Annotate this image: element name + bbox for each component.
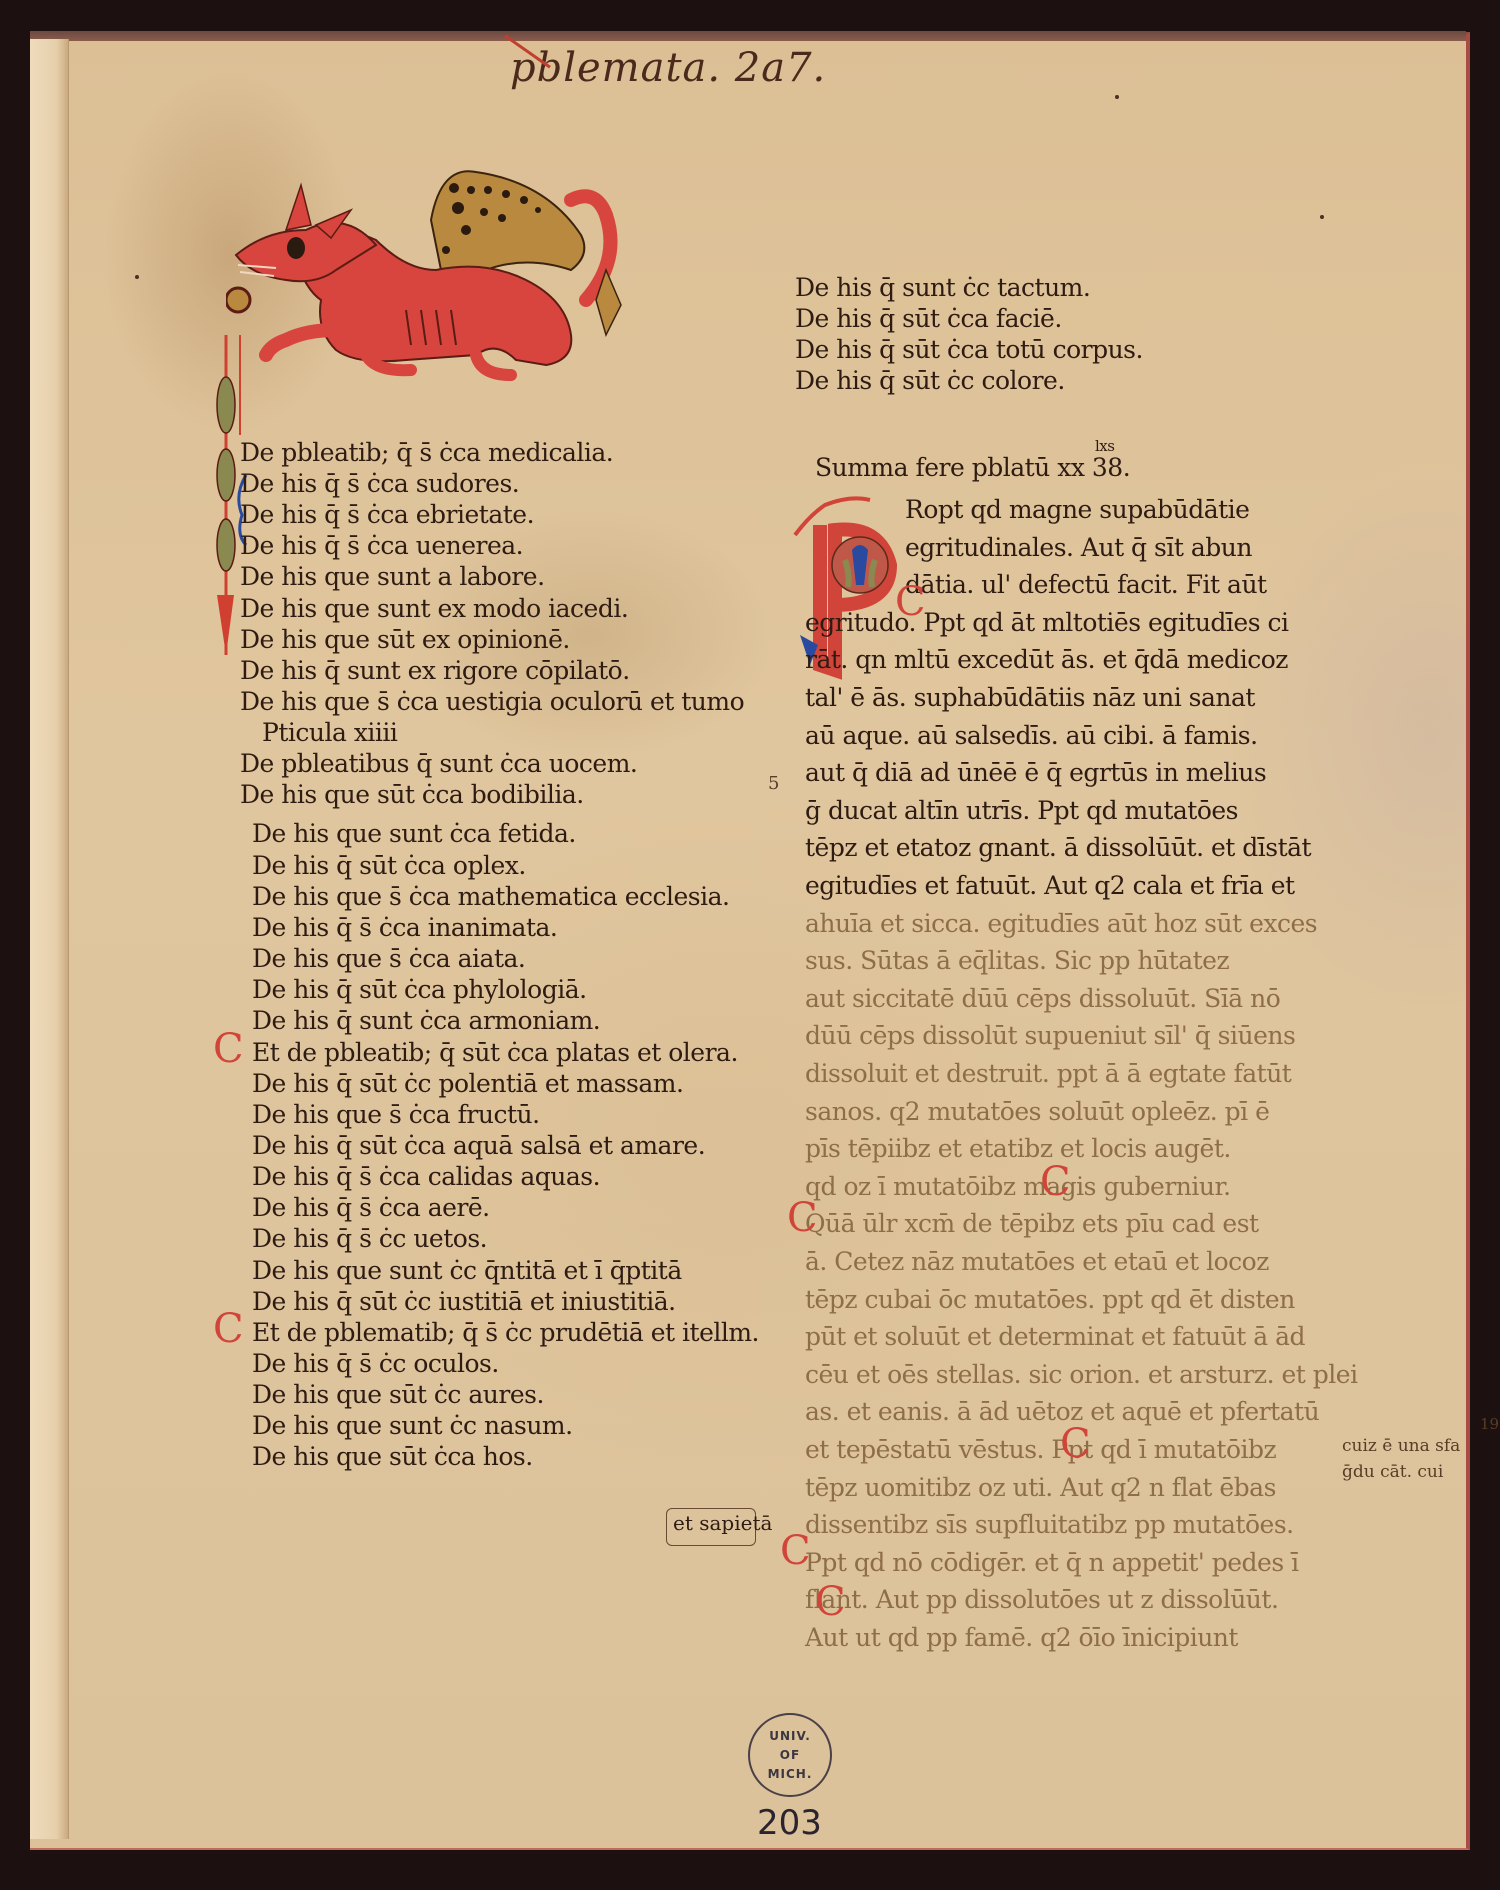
body-text-line: dūū cēps dissolūt supueniut sīl' q̄ siūe… <box>805 1021 1295 1051</box>
chapter-list-item: De his q̄ s̄ ċca ebrietate. <box>240 500 534 530</box>
body-text-line: et tepēstatū vēstus. Ppt qd ī mutatōibz <box>805 1435 1276 1465</box>
body-text-line: sanos. q2 mutatōes soluūt opleēz. pī ē <box>805 1097 1269 1127</box>
chapter-list-item: De pbleatibus q̄ sunt ċca uocem. <box>240 749 637 779</box>
running-head: pblemata. 2a7. <box>510 45 826 91</box>
body-text-line: ḡ ducat altīn utrīs. Ppt qd mutatōes <box>805 796 1238 826</box>
body-text-line: flant. Aut pp dissolutōes ut z dissolūūt… <box>805 1585 1278 1615</box>
chapter-list-item: De his q̄ sūt ċca phylologiā. <box>252 975 587 1005</box>
chapter-list-item: De his que sunt ex modo iacedi. <box>240 594 628 624</box>
body-text-line: dissentibz sīs supfluitatibz pp mutatōes… <box>805 1510 1294 1540</box>
chapter-list-item: De his q̄ sunt ċca armoniam. <box>252 1006 600 1036</box>
body-text-line: egritudinales. Aut q̄ sīt abun <box>905 533 1252 563</box>
chapter-list-item: De his q̄ s̄ ċc oculos. <box>252 1349 499 1379</box>
chapter-list-item: De his q̄ sūt ċca oplex. <box>252 851 526 881</box>
chapter-list-item: De his q̄ s̄ ċca aerē. <box>252 1193 490 1223</box>
body-text-line: Ppt qd nō cōdigēr. et q̄ n appetit' pede… <box>805 1548 1299 1578</box>
rubric-paragraph-mark: C <box>213 1314 244 1344</box>
chapter-list-item: De his que s̄ ċca uestigia oculorū et tu… <box>240 687 744 717</box>
chapter-list-item: Et de pbleatib; q̄ sūt ċca platas et ole… <box>252 1038 738 1068</box>
body-text-line: ahuīa et sicca. egitudīes aūt hoz sūt ex… <box>805 909 1317 939</box>
body-text-line: Qūā ūlr xcm̄ de tēpibz ets pīu cad est <box>805 1209 1259 1239</box>
chapter-list-item: De his que sunt a labore. <box>240 562 545 592</box>
body-text-line: rāt. qn mltū excedūt ās. et q̄dā medicoz <box>805 645 1288 675</box>
chapter-list-item: Et de pblematib; q̄ s̄ ċc prudētiā et it… <box>252 1318 759 1348</box>
body-text-line: aut q̄ diā ad ūnēē ē q̄ egrtūs in melius <box>805 758 1266 788</box>
body-text-line: tal' ē ās. suphabūdātiis nāz uni sanat <box>805 683 1255 713</box>
chapter-list-item: De his que s̄ ċca aiata. <box>252 944 525 974</box>
page-top-edge <box>30 31 1466 41</box>
rubric-paragraph-mark: C <box>787 1203 818 1233</box>
chapter-list-item: De his que sunt ċc nasum. <box>252 1411 573 1441</box>
chapter-list-item: De his que s̄ ċca mathematica ecclesia. <box>252 882 729 912</box>
body-text-line: cēu et oēs stellas. sic orion. et arstur… <box>805 1360 1358 1390</box>
chapter-list-item: De his q̄ sūt ċc iustitiā et iniustitiā. <box>252 1287 676 1317</box>
chapter-list-item: De his q̄ sūt ċc colore. <box>795 366 1065 396</box>
rubric-paragraph-mark: C <box>895 587 926 617</box>
chapter-list-item: De pbleatib; q̄ s̄ ċca medicalia. <box>240 438 613 468</box>
chapter-list-item: De his q̄ s̄ ċca inanimata. <box>252 913 557 943</box>
university-stamp: UNIV. OF MICH. <box>748 1713 832 1797</box>
rubric-superscript: lxs <box>1095 431 1114 461</box>
rubric-paragraph-mark: C <box>213 1034 244 1064</box>
manuscript-page: pblemata. 2a7. <box>30 32 1470 1850</box>
body-text-line: pīs tēpiibz et etatibz et locis augēt. <box>805 1134 1231 1164</box>
chapter-list-item: De his q̄ sūt ċc polentiā et massam. <box>252 1069 683 1099</box>
chapter-list-item: De his que sunt ċc q̄ntitā et ī q̄ptitā <box>252 1256 682 1286</box>
body-text-line: tēpz cubai ōc mutatōes. ppt qd ēt disten <box>805 1285 1295 1315</box>
chapter-list-item: De his q̄ sunt ċc tactum. <box>795 273 1090 303</box>
chapter-list-item: De his que sūt ċc aures. <box>252 1380 544 1410</box>
chapter-list-item: De his que s̄ ċca fructū. <box>252 1100 540 1130</box>
body-text-line: tēpz et etatoz gnant. ā dissolūūt. et dī… <box>805 833 1311 863</box>
chapter-list-item: De his que sūt ex opinionē. <box>240 625 570 655</box>
chapter-list-item: De his que sunt ċca fetida. <box>252 819 576 849</box>
binding-gutter <box>30 39 69 1839</box>
body-text-line: egitudīes et fatuūt. Aut q2 cala et frīa… <box>805 871 1295 901</box>
chapter-list-item: De his que sūt ċca bodibilia. <box>240 780 584 810</box>
chapter-list-item: De his q̄ sūt ċca faciē. <box>795 304 1062 334</box>
body-text-line: Ropt qd magne supabūdātie <box>905 495 1249 525</box>
rubric-paragraph-mark: C <box>815 1587 846 1617</box>
dragon-miniature-icon <box>226 160 646 390</box>
chapter-list-item: De his q̄ sunt ex rigore cōpilatō. <box>240 656 630 686</box>
body-text-line: aū aque. aū salsedīs. aū cibi. ā famis. <box>805 721 1258 751</box>
body-text-line: qd oz ī mutatōibz magis guberniur. <box>805 1172 1231 1202</box>
chapter-list-item: De his q̄ sūt ċca totū corpus. <box>795 335 1143 365</box>
chapter-list-item: De his q̄ s̄ ċca calidas aquas. <box>252 1162 600 1192</box>
chapter-list-item: De his que sūt ċca hos. <box>252 1442 533 1472</box>
marginal-correction-box: et sapietā <box>666 1508 756 1546</box>
body-text-line: dātia. ul' defectū facit. Fit aūt <box>905 570 1267 600</box>
body-text-line: aut siccitatē dūū cēps dissoluūt. Sīā nō <box>805 984 1280 1014</box>
body-text-line: Aut ut qd pp famē. q2 ōīo īnicipiunt <box>805 1623 1238 1653</box>
rubric-paragraph-mark: C <box>780 1536 811 1566</box>
chapter-list-item: De his q̄ sūt ċca aquā salsā et amare. <box>252 1131 705 1161</box>
body-text-line: sus. Sūtas ā eq̄litas. Sic pp hūtatez <box>805 946 1229 976</box>
folio-number: 203 <box>757 1803 822 1843</box>
chapter-list-item: De his q̄ s̄ ċca sudores. <box>240 469 519 499</box>
body-text-line: dissoluit et destruit. ppt ā ā egtate fa… <box>805 1059 1291 1089</box>
chapter-list-item: Pticula xiiii <box>262 718 397 748</box>
chapter-list-item: De his q̄ s̄ ċca uenerea. <box>240 531 523 561</box>
body-text-line: pūt et soluūt et determinat et fatuūt ā … <box>805 1322 1305 1352</box>
left-margin-numeral: 5 <box>768 773 779 794</box>
outer-margin-note: 19 cuiz ē una sfa ḡdu cāt. cui <box>1342 1433 1460 1485</box>
rubric-paragraph-mark: C <box>1060 1429 1091 1459</box>
chapter-list-item: De his q̄ s̄ ċc uetos. <box>252 1224 487 1254</box>
rubric-heading: Summa fere pblatū xx 38. <box>815 453 1130 483</box>
rubric-paragraph-mark: C <box>1040 1167 1071 1197</box>
body-text-line: tēpz uomitibz oz uti. Aut q2 n flat ēbas <box>805 1473 1276 1503</box>
body-text-line: egritudo. Ppt qd āt mltotiēs egitudīes c… <box>805 608 1289 638</box>
body-text-line: ā. Cetez nāz mutatōes et etaū et locoz <box>805 1247 1269 1277</box>
